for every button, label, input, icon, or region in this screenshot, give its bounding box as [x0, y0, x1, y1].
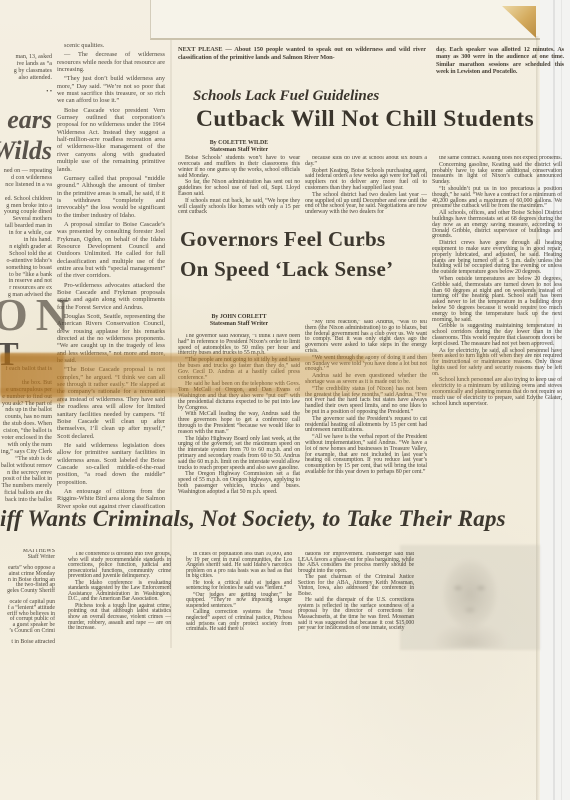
fragment-line: also attended. [0, 75, 52, 82]
paragraph: scenic qualities. [57, 42, 165, 49]
kicker-schools-lack-fuel: Schools Lack Fuel Guidelines [193, 88, 379, 105]
tape-stain-left-patch [0, 353, 64, 403]
governors-column-2: “My first reaction,” said Andrus, “was t… [305, 320, 427, 506]
next-please-note-right: day. Each speaker was allotted 12 minute… [436, 46, 564, 76]
paragraph: “Our judges are getting tougher,” he qui… [186, 593, 292, 610]
paragraph: When outside temperatures are below 20 d… [432, 277, 562, 323]
paragraph: The conference is divided into five grou… [68, 552, 171, 580]
ghost-face-photo [418, 548, 523, 648]
headline-governors-line2: On Speed ‘Lack Sense’ [180, 254, 393, 284]
fragment-line: ned on — repeating [0, 168, 52, 175]
paragraph: Gurnsey called that proposal “middle gro… [57, 175, 165, 219]
fragment-line: ed. School children [0, 196, 52, 203]
headline-governors-line1: Governors Feel Curbs [180, 224, 393, 254]
fragment-line: ive lands as “a [0, 61, 52, 68]
headline-criminals: iff Wants Criminals, Not Society, to Tak… [0, 506, 506, 532]
fragment-line: posit of the ballot in [0, 476, 52, 483]
paragraph: Boise Cascade vice president Vern Gurnse… [57, 107, 165, 173]
paragraph: He took a critical stab at judges and se… [186, 581, 292, 592]
fragment-line: ficial ballots are dis [0, 490, 52, 497]
headline-governors: Governors Feel Curbs On Speed ‘Lack Sens… [180, 224, 393, 284]
paragraph: “My first reaction,” said Andrus, “was t… [305, 320, 427, 355]
fragment-line: nds up in the ballot [0, 407, 52, 414]
cutback-column-1: By COLETTE WILDE Statesman Staff Writer … [178, 140, 300, 217]
fragment-line: o-attentive Idaho’s [0, 258, 52, 265]
fragment-line: geles County Sheriff [0, 589, 55, 595]
paragraph: in cities of population less than 10,000… [186, 552, 292, 580]
newspaper-scan-page: man, 13, askedive lands as “ag by classm… [0, 0, 570, 800]
cutback-col1-text: Boise Schools’ students won’t have to we… [178, 156, 300, 216]
paragraph: the same contract. Keating does not expe… [432, 156, 562, 162]
fragment-line: in reserve and not [0, 278, 52, 285]
fragment-line: Several mothers [0, 216, 52, 223]
paragraph: The Oregon Highway Commission set a flat… [178, 472, 300, 495]
paragraph: A proposal similar to Boise Cascade’s wa… [57, 221, 165, 280]
criminals-column-d: dations for improvement. Hansberger said… [298, 552, 414, 651]
headline-cutback: Cutback Will Not Chill Students [196, 106, 534, 133]
left-headline-fragment: earsWilds [0, 104, 52, 166]
governors-byline-block: By JOHN CORLETT Statesman Staff Writer [178, 314, 300, 330]
paragraph: The Idaho conference is evaluating stand… [68, 581, 171, 603]
paragraph: because kids do live at school about six… [305, 156, 427, 168]
fragment-line: d con wilderness [0, 175, 52, 182]
headline-fragment-line: ears [0, 104, 52, 135]
fragment-line: t in Boise attracted [0, 640, 55, 646]
fragment-line: in his hand. [0, 237, 52, 244]
fragment-line [0, 82, 52, 89]
fragment-line: “The stub is de [0, 456, 52, 463]
wilderness-article-column: scenic qualities.— The decrease of wilde… [57, 42, 165, 510]
fragment-line: counts, has no num [0, 414, 52, 421]
fragment-line: ’s Council on Crimi [0, 629, 55, 635]
byline-author: By COLETTE WILDE [178, 140, 300, 147]
fragment-line: • • [0, 89, 52, 96]
paragraph: dations for improvement. Hansberger said… [298, 552, 414, 574]
fragment-line: something to boast [0, 265, 52, 272]
next-please-note-left: NEXT PLEASE — About 150 people wanted to… [178, 46, 426, 61]
paragraph: Pro-wilderness advocates attacked the Bo… [57, 282, 165, 311]
paragraph: “They just don’t build wilderness any mo… [57, 75, 165, 104]
paragraph: The past chairman of the Criminal Justic… [298, 575, 414, 597]
left-edge-fragments-top: man, 13, askedive lands as “ag by classm… [0, 54, 52, 95]
fragment-line: man, 13, asked [0, 54, 52, 61]
paragraph: Gribble is suggesting maintaining temper… [432, 324, 562, 347]
byline-author: By JOHN CORLETT [178, 314, 300, 321]
paragraph: “It shouldn’t put us in too precarious a… [432, 187, 562, 210]
paragraph: So far, the Nixon administration has sen… [178, 180, 300, 197]
paragraph: District crews have gone through all hea… [432, 241, 562, 276]
clipping-top-backing-strip [150, 0, 541, 40]
fragment-line: School told the at [0, 251, 52, 258]
fragment-line: to be “like a bank [0, 272, 52, 279]
fragment-line: nce listened in a va [0, 182, 52, 189]
headline-fragment-line: Wilds [0, 135, 52, 166]
paragraph: Boise Schools’ students won’t have to we… [178, 156, 300, 179]
paragraph: Concerning gasoline, Keating said the di… [432, 163, 562, 186]
paragraph: Calling correction systems the “most neg… [186, 610, 292, 632]
paragraph: All schools, offices, and other Boise Sc… [432, 211, 562, 240]
fragment-line: in for a while, car [0, 230, 52, 237]
fragment-line: g men broke into a [0, 203, 52, 210]
fragment-line: ballot without remov [0, 463, 52, 470]
criminals-column-a-fragments: MATTHEWSStaff Writerearts” who oppose aa… [0, 549, 55, 647]
paragraph: Pitchess took a tough line against crime… [68, 604, 171, 632]
fragment-line: young couple dined [0, 209, 52, 216]
fragment-line: n eighth grader at [0, 244, 52, 251]
paragraph: “All we have is the verbal report of the… [305, 435, 427, 476]
fragment-line [0, 189, 52, 196]
paragraph: Robert Keating, Boise Schools purchasing… [305, 169, 427, 192]
tape-stain-band [0, 353, 522, 397]
paragraph: He said wilderness legislation does allo… [57, 442, 165, 486]
fragment-line: voter enclosed in the [0, 435, 52, 442]
fragment-line: back into the ballot [0, 497, 52, 504]
paragraph: The Idaho Highway Board only last week, … [178, 437, 300, 472]
fragment-line: g by classmates [0, 68, 52, 75]
cutback-column-3: the same contract. Keating does not expe… [432, 156, 562, 506]
fragment-line: cision, “the ballot is [0, 428, 52, 435]
paragraph: He said the disrepair of the U.S. correc… [298, 598, 414, 631]
left-edge-fragments-mid: ned on — repeatingd con wildernessnce li… [0, 168, 52, 299]
byline-title: Statesman Staff Writer [178, 321, 300, 328]
paragraph: The governor said the President’s reques… [305, 417, 427, 434]
paragraph: — The decrease of wilderness resources w… [57, 51, 165, 73]
paragraph: With McCall leading the way, Andrus said… [178, 412, 300, 435]
criminals-column-b: The conference is divided into five grou… [68, 552, 171, 649]
byline-title: Statesman Staff Writer [178, 147, 300, 154]
paragraph: If schools must cut back, he said, “We h… [178, 199, 300, 216]
fragment-line: with only the num [0, 442, 52, 449]
criminals-column-c: in cities of population less than 10,000… [186, 552, 292, 651]
paragraph: The school district had two dealers last… [305, 193, 427, 216]
fragment-line: ing,” says City Clerk [0, 449, 52, 456]
